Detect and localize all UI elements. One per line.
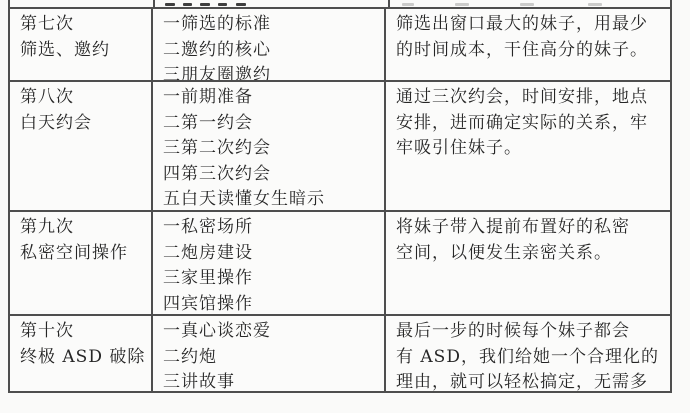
clipped-text-fragment: [236, 3, 246, 6]
stage-title: 第十次: [20, 319, 145, 345]
stage-cell: 第十次 终极 ASD 破除: [10, 316, 153, 391]
items-cell: 一私密场所 二炮房建设 三家里操作 四宾馆操作: [153, 212, 386, 316]
stage-subtitle: 私密空间操作: [20, 241, 145, 267]
stage-title: 第九次: [20, 215, 145, 241]
clipped-text-fragment: [402, 3, 414, 6]
clipped-text-fragment: [455, 3, 469, 6]
items-cell: 一真心谈恋爱 二约炮 三讲故事: [153, 316, 386, 391]
clipped-text-fragment: [588, 3, 602, 6]
stage-subtitle: 终极 ASD 破除: [20, 345, 145, 371]
item-line: 三第二次约会: [163, 136, 378, 162]
stage-subtitle: 筛选、邀约: [20, 38, 145, 64]
course-outline-table: 第七次 筛选、邀约 一筛选的标准 二邀约的核心 三朋友圈邀约 筛选出窗口最大的妹…: [8, 7, 672, 393]
item-line: 一前期准备: [163, 85, 378, 111]
item-line: 四第三次约会: [163, 162, 378, 188]
item-line: 三讲故事: [163, 370, 378, 391]
description-line: 的时间成本，干住高分的妹子。: [396, 38, 664, 64]
description-cell: 筛选出窗口最大的妹子，用最少 的时间成本，干住高分的妹子。: [386, 9, 670, 82]
scanned-document-page: 第七次 筛选、邀约 一筛选的标准 二邀约的核心 三朋友圈邀约 筛选出窗口最大的妹…: [0, 0, 690, 413]
description-cell: 通过三次约会，时间安排，地点 安排，进而确定实际的关系，牢 牢吸引住妹子。: [386, 82, 670, 212]
stage-cell: 第八次 白天约会: [10, 82, 153, 212]
item-line: 一真心谈恋爱: [163, 319, 378, 345]
description-line: 理由，就可以轻松搞定，无需多: [396, 370, 664, 391]
description-cell: 最后一步的时候每个妹子都会 有 ASD，我们给她一个合理化的 理由，就可以轻松搞…: [386, 316, 670, 391]
description-cell: 将妹子带入提前布置好的私密 空间，以便发生亲密关系。: [386, 212, 670, 316]
clipped-text-fragment: [520, 3, 534, 6]
items-cell: 一前期准备 二第一约会 三第二次约会 四第三次约会 五白天读懂女生暗示: [153, 82, 386, 212]
item-line: 二第一约会: [163, 111, 378, 137]
clipped-text-fragment: [165, 3, 175, 6]
item-line: 三朋友圈邀约: [163, 63, 378, 82]
clipped-text-fragment: [200, 3, 210, 6]
clipped-text-fragment: [183, 3, 192, 6]
item-line: 一私密场所: [163, 215, 378, 241]
description-line: 最后一步的时候每个妹子都会: [396, 319, 664, 345]
description-line: 有 ASD，我们给她一个合理化的: [396, 345, 664, 371]
item-line: 二邀约的核心: [163, 38, 378, 64]
stage-cell: 第九次 私密空间操作: [10, 212, 153, 316]
stage-title: 第八次: [20, 85, 145, 111]
item-line: 一筛选的标准: [163, 12, 378, 38]
item-line: 五白天读懂女生暗示: [163, 187, 378, 212]
description-line: 安排，进而确定实际的关系，牢: [396, 111, 664, 137]
stage-subtitle: 白天约会: [20, 111, 145, 137]
stage-cell: 第七次 筛选、邀约: [10, 9, 153, 82]
clipped-text-fragment: [218, 3, 227, 6]
description-line: 牢吸引住妹子。: [396, 136, 664, 162]
item-line: 三家里操作: [163, 266, 378, 292]
stage-title: 第七次: [20, 12, 145, 38]
description-line: 将妹子带入提前布置好的私密: [396, 215, 664, 241]
description-line: 通过三次约会，时间安排，地点: [396, 85, 664, 111]
item-line: 二炮房建设: [163, 241, 378, 267]
item-line: 二约炮: [163, 345, 378, 371]
description-line: 筛选出窗口最大的妹子，用最少: [396, 12, 664, 38]
item-line: 四宾馆操作: [163, 292, 378, 317]
items-cell: 一筛选的标准 二邀约的核心 三朋友圈邀约: [153, 9, 386, 82]
description-line: 空间，以便发生亲密关系。: [396, 241, 664, 267]
